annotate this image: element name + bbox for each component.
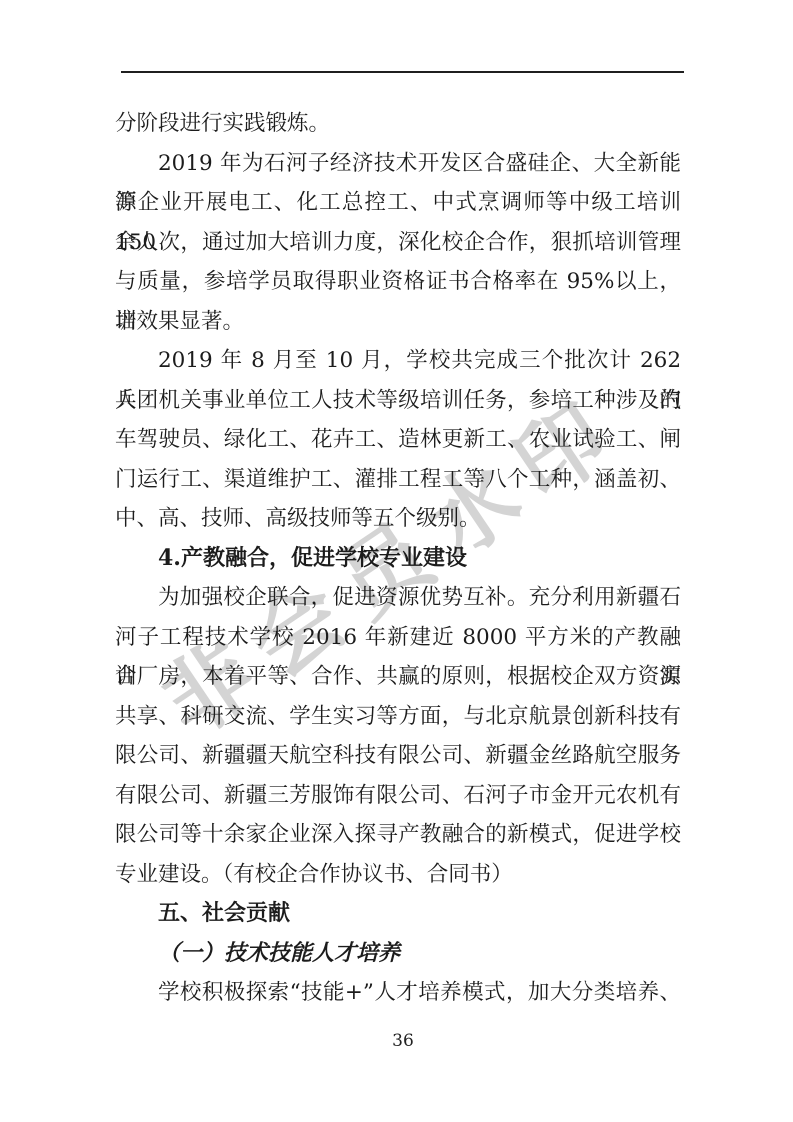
document-body: 分阶段进行实践锻炼。2019 年为石河子经济技术开发区合盛硅企、大全新能源等企业… xyxy=(115,104,681,1013)
text-line: 共享、科研交流、学生实习等方面，与北京航景创新科技有 xyxy=(115,697,681,737)
text-line: 限公司、新疆疆天航空科技有限公司、新疆金丝路航空服务 xyxy=(115,736,681,776)
heading-line: 4.产教融合，促进学校专业建设 xyxy=(115,539,681,579)
text-line: 中、高、技师、高级技师等五个级别。 xyxy=(115,499,681,539)
text-line: 学校积极探索“技能+”人才培养模式，加大分类培养、 xyxy=(115,973,681,1013)
text-line: 等企业开展电工、化工总控工、中式烹调师等中级工培训 150 xyxy=(115,183,681,223)
text-line: 2019 年为石河子经济技术开发区合盛硅企、大全新能源 xyxy=(115,144,681,184)
document-page: 非会员水印 分阶段进行实践锻炼。2019 年为石河子经济技术开发区合盛硅企、大全… xyxy=(0,0,793,1122)
heading-line: 五、社会贡献 xyxy=(115,894,681,934)
text-line: 车驾驶员、绿化工、花卉工、造林更新工、农业试验工、闸 xyxy=(115,420,681,460)
header-rule xyxy=(121,71,684,73)
page-number: 36 xyxy=(120,1031,686,1051)
text-line: 训效果显著。 xyxy=(115,302,681,342)
heading-line: （一）技术技能人才培养 xyxy=(115,934,681,974)
text-line: 余人次，通过加大培训力度，深化校企合作，狠抓培训管理 xyxy=(115,223,681,263)
text-line: 分阶段进行实践锻炼。 xyxy=(115,104,681,144)
text-line: 门运行工、渠道维护工、灌排工程工等八个工种，涵盖初、 xyxy=(115,460,681,500)
text-line: 有限公司、新疆三芳服饰有限公司、石河子市金开元农机有 xyxy=(115,776,681,816)
text-line: 河子工程技术学校 2016 年新建近 8000 平方米的产教融合实 xyxy=(115,618,681,658)
text-line: 为加强校企联合，促进资源优势互补。充分利用新疆石 xyxy=(115,578,681,618)
text-line: 专业建设。（有校企合作协议书、合同书） xyxy=(115,855,681,895)
text-line: 训厂房，本着平等、合作、共赢的原则，根据校企双方资源 xyxy=(115,657,681,697)
text-line: 与质量，参培学员取得职业资格证书合格率在 95%以上，培 xyxy=(115,262,681,302)
text-line: 限公司等十余家企业深入探寻产教融合的新模式，促进学校 xyxy=(115,815,681,855)
text-line: 2019 年 8 月至 10 月，学校共完成三个批次计 262 人的 xyxy=(115,341,681,381)
text-line: 兵团机关事业单位工人技术等级培训任务，参培工种涉及汽 xyxy=(115,381,681,421)
